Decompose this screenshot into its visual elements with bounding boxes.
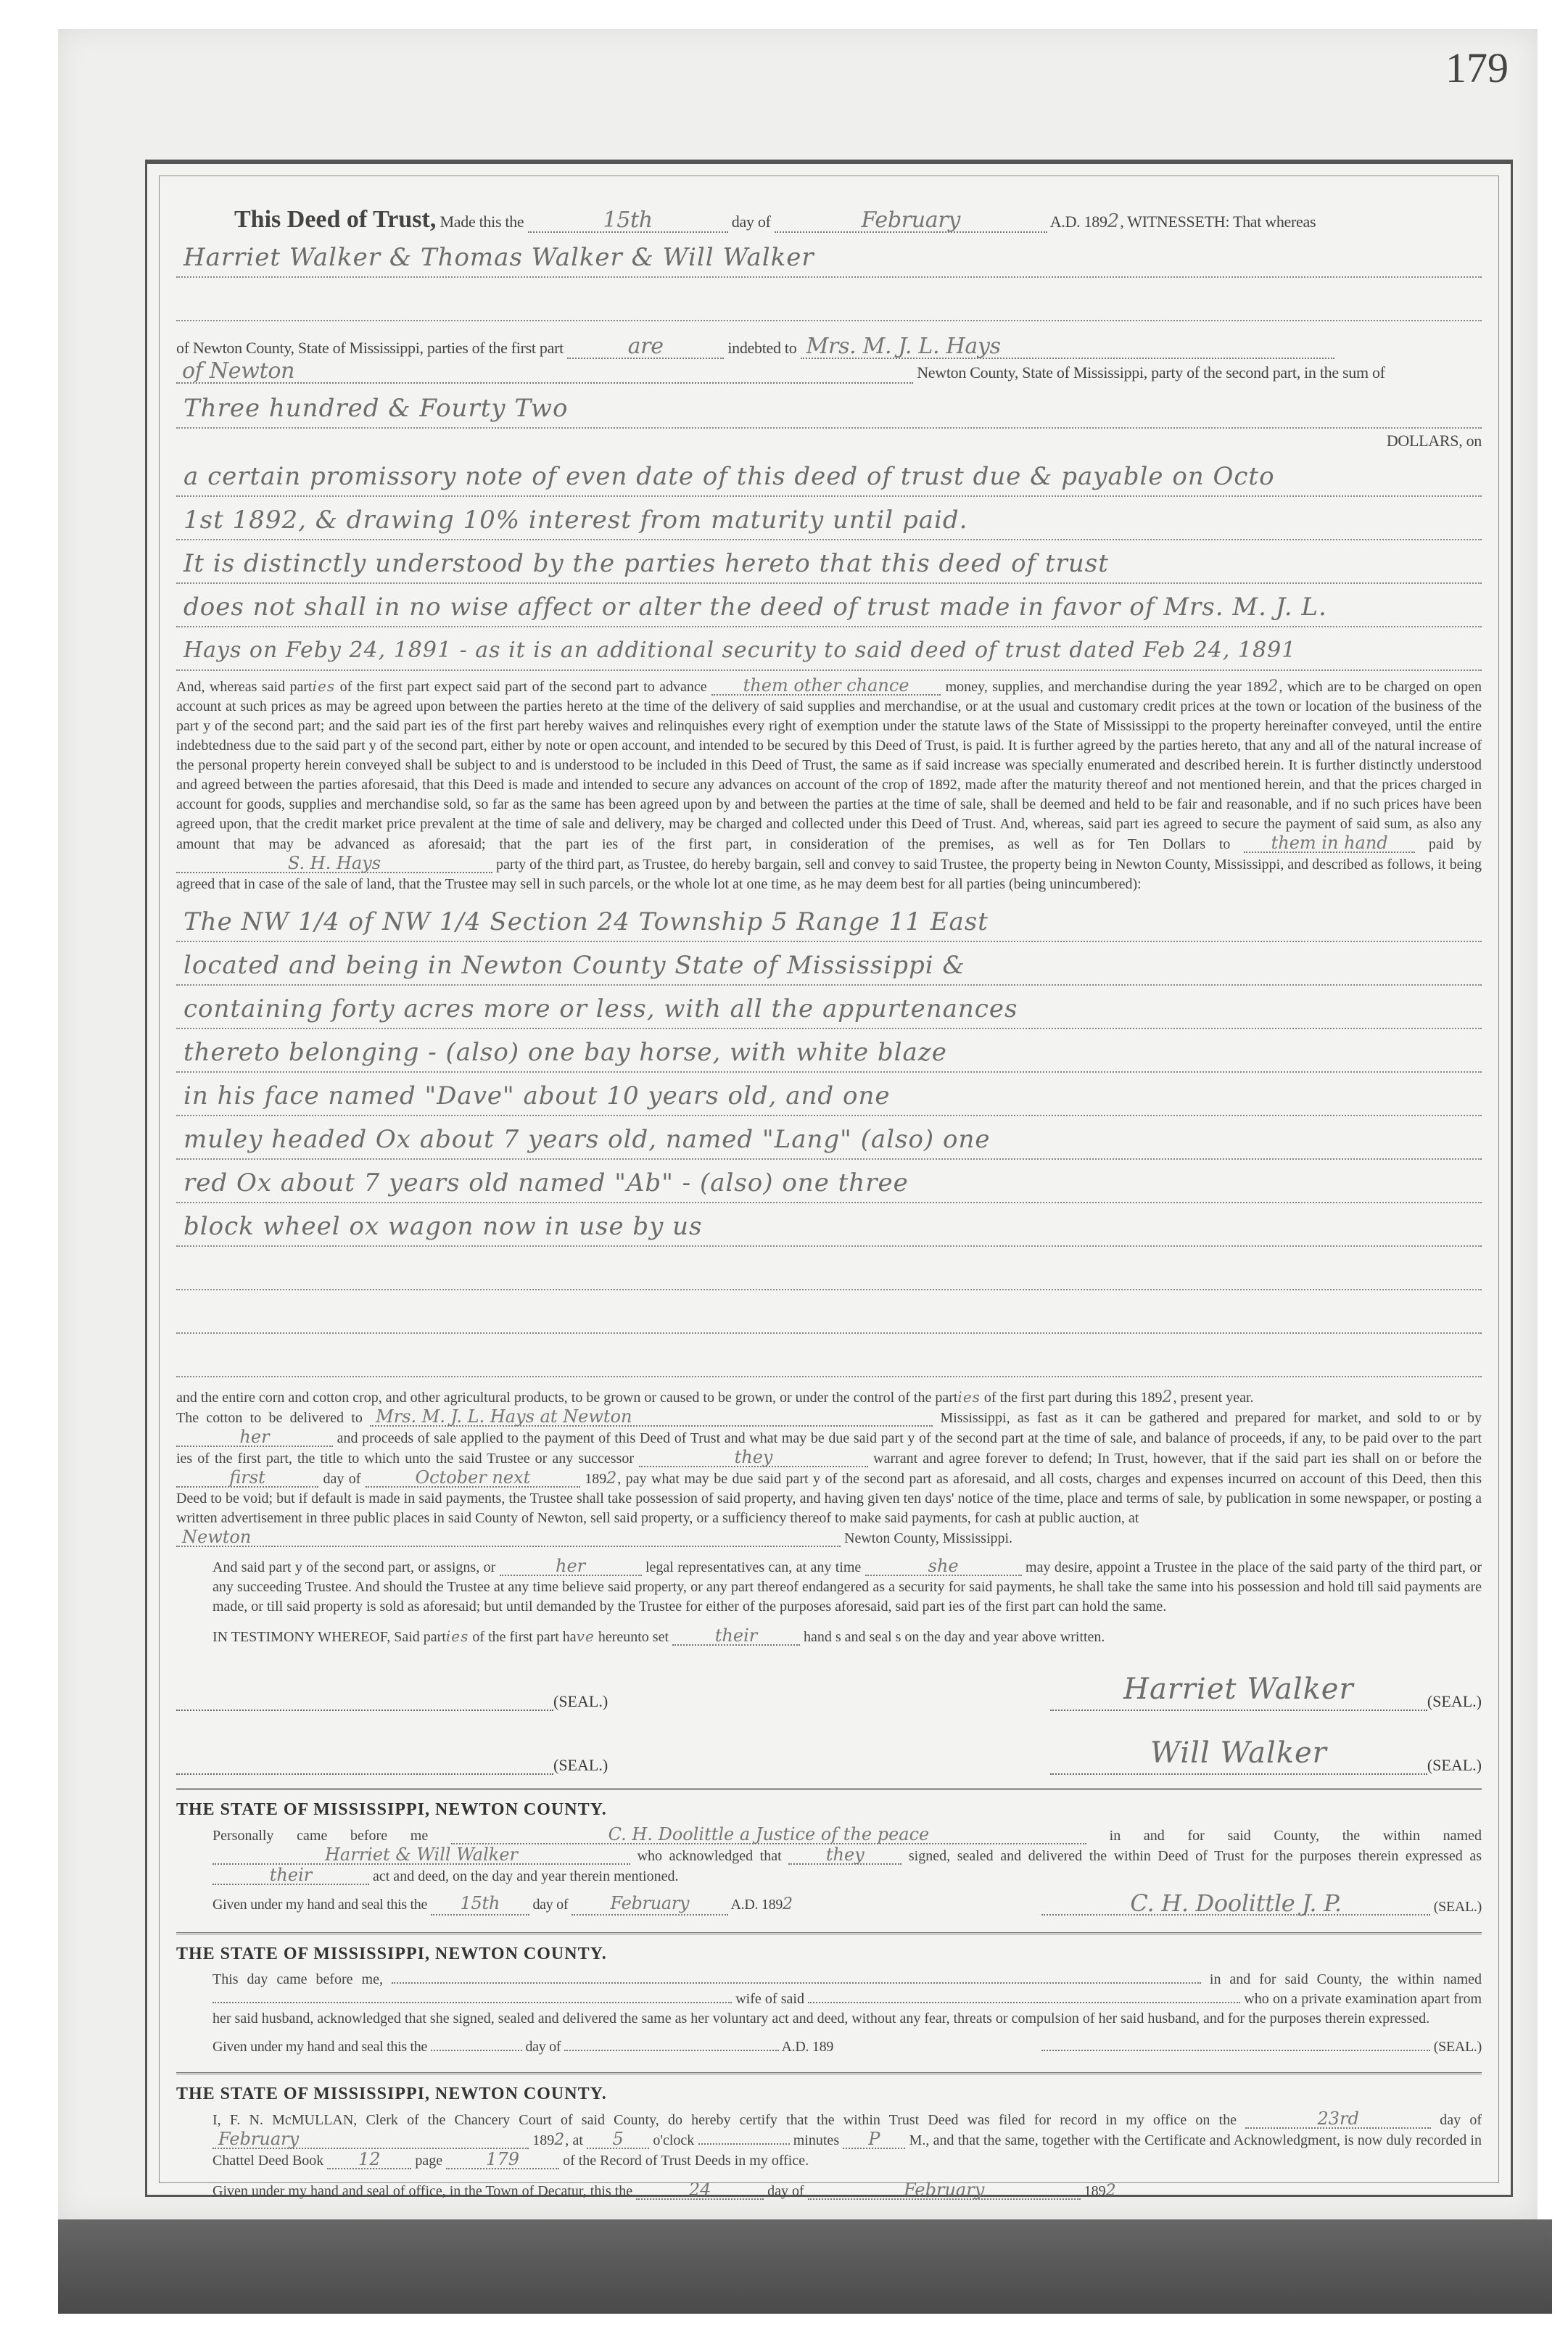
ack1-given-line: Given under my hand and seal this the 15…	[176, 1892, 1482, 1919]
deed-year-field: 2	[1107, 210, 1121, 232]
note-line-3: It is distinctly understood by the parti…	[176, 540, 1482, 584]
are-field: are	[567, 336, 724, 359]
property-line: The NW 1/4 of NW 1/4 Section 24 Township…	[176, 899, 1482, 942]
ack1-body: Personally came before me C. H. Doolittl…	[176, 1826, 1482, 1887]
deed-month-field: February	[775, 210, 1047, 233]
signature-will-walker: Will Walker (SEAL.)	[1050, 1733, 1482, 1775]
ack1-heading: THE STATE OF MISSISSIPPI, NEWTON COUNTY.	[176, 1800, 1482, 1820]
grantors-field-line-2	[176, 278, 1482, 321]
officer-field: C. H. Doolittle a Justice of the peace	[451, 1826, 1086, 1844]
filed-minutes-field	[698, 2143, 790, 2145]
signature-left-1: (SEAL.)	[176, 1669, 608, 1711]
deed-content: This Deed of Trust, Made this the 15th d…	[176, 186, 1482, 2300]
auction-place-field: Newton	[176, 1528, 841, 1547]
ack1-day-field: 15th	[431, 1892, 529, 1916]
their-field: their	[672, 1627, 800, 1646]
ack2-given-line: Given under my hand and seal this the da…	[176, 2034, 1482, 2059]
advance-field: them other chance	[711, 677, 941, 696]
filed-hour-field: 5	[587, 2130, 649, 2149]
note-line-1: a certain promissory note of even date o…	[176, 453, 1482, 497]
deed-title-line: This Deed of Trust, Made this the 15th d…	[176, 207, 1482, 234]
any-time-field: she	[865, 1557, 1022, 1576]
page-number: 179	[1445, 44, 1509, 92]
successor-field: they	[639, 1448, 868, 1467]
book-number-field: 12	[327, 2151, 411, 2169]
crop-paragraph: and the entire corn and cotton crop, and…	[176, 1388, 1482, 1549]
signature-left-2: (SEAL.)	[176, 1733, 608, 1775]
grantors-field: Harriet Walker & Thomas Walker & Will Wa…	[176, 234, 1482, 278]
section-divider	[176, 2072, 1482, 2074]
property-line: thereto belonging - (also) one bay horse…	[176, 1029, 1482, 1073]
ack2-signature-field	[1041, 2050, 1430, 2051]
note-line-4: does not shall in no wise affect or alte…	[176, 584, 1482, 627]
sum-field: Three hundred & Fourty Two	[176, 385, 1482, 429]
ack2-body: This day came before me, in and for said…	[176, 1970, 1482, 2029]
note-line-2: 1st 1892, & drawing 10% interest from ma…	[176, 497, 1482, 540]
trustee-paragraph: And said part y of the second part, or a…	[176, 1557, 1482, 1617]
property-line	[176, 1247, 1482, 1290]
signature-row-1: (SEAL.) Harriet Walker (SEAL.)	[176, 1669, 1482, 1711]
ack2-husband-field	[808, 2002, 1240, 2003]
due-month-field: October next	[366, 1469, 580, 1488]
deed-form-frame: This Deed of Trust, Made this the 15th d…	[145, 160, 1513, 2197]
assigns-field: her	[500, 1557, 642, 1576]
property-line: located and being in Newton County State…	[176, 942, 1482, 986]
property-line: block wheel ox wagon now in use by us	[176, 1203, 1482, 1247]
property-line: in his face named "Dave" about 10 years …	[176, 1073, 1482, 1116]
creditor-location-line: of Newton Newton County, State of Missis…	[176, 360, 1482, 385]
due-day-field: first	[176, 1469, 318, 1488]
named-field: Harriet & Will Walker	[212, 1846, 630, 1865]
property-description: The NW 1/4 of NW 1/4 Section 24 Township…	[176, 899, 1482, 1377]
they-field: they	[788, 1846, 901, 1865]
paid-by-field: S. H. Hays	[176, 854, 492, 873]
ack2-officer-field	[392, 1982, 1201, 1984]
property-line: muley headed Ox about 7 years old, named…	[176, 1116, 1482, 1160]
clerk-given-line: Given under my hand and seal of office, …	[176, 2181, 1482, 2201]
filed-month-field: February	[212, 2130, 529, 2149]
clerk-heading: THE STATE OF MISSISSIPPI, NEWTON COUNTY.	[176, 2085, 1482, 2104]
meridian-field: P	[843, 2130, 905, 2149]
property-line	[176, 1334, 1482, 1377]
clerk-given-month-field: February	[808, 2181, 1081, 2200]
their-act-field: their	[212, 1866, 369, 1885]
filed-day-field: 23rd	[1245, 2110, 1431, 2129]
ack2-month-field	[564, 2050, 779, 2051]
signature-row-2: (SEAL.) Will Walker (SEAL.)	[176, 1733, 1482, 1775]
property-line	[176, 1290, 1482, 1334]
ack2-named-field	[212, 2002, 732, 2003]
clerk-body: I, F. N. McMULLAN, Clerk of the Chancery…	[176, 2110, 1482, 2171]
advance-paragraph: And, whereas said parties of the first p…	[176, 677, 1482, 894]
page-edge-shadow	[58, 2219, 1552, 2314]
record-page-field: 179	[446, 2151, 559, 2169]
dollars-on-label: DOLLARS, on	[176, 429, 1482, 453]
ack2-heading: THE STATE OF MISSISSIPPI, NEWTON COUNTY.	[176, 1945, 1482, 1964]
justice-signature: C. H. Doolittle J. P.	[1041, 1892, 1430, 1916]
section-divider	[176, 1788, 1482, 1790]
clerk-given-day-field: 24	[636, 2181, 764, 2200]
testimony-line: IN TESTIMONY WHEREOF, Said parties of th…	[176, 1627, 1482, 1647]
sold-by-field: her	[176, 1428, 333, 1447]
creditor-field: Mrs. M. J. L. Hays	[801, 336, 1334, 359]
creditor-location-field: of Newton	[176, 360, 913, 384]
property-line: containing forty acres more or less, wit…	[176, 986, 1482, 1029]
indebted-line: of Newton County, State of Mississippi, …	[176, 336, 1482, 360]
deed-title: This Deed of Trust,	[234, 206, 436, 233]
ack2-day-field	[431, 2050, 522, 2051]
deed-day-field: 15th	[528, 210, 728, 233]
ten-dollars-field: them in hand	[1244, 834, 1415, 853]
ack1-month-field: February	[572, 1892, 728, 1916]
note-line-5: Hays on Feby 24, 1891 - as it is an addi…	[176, 627, 1482, 671]
section-divider	[176, 1932, 1482, 1934]
cotton-delivered-to-field: Mrs. M. J. L. Hays at Newton	[370, 1408, 933, 1427]
signature-harriet-walker: Harriet Walker (SEAL.)	[1050, 1669, 1482, 1711]
document-page: 179 This Deed of Trust, Made this the 15…	[58, 29, 1538, 2219]
property-line: red Ox about 7 years old named "Ab" - (a…	[176, 1160, 1482, 1203]
